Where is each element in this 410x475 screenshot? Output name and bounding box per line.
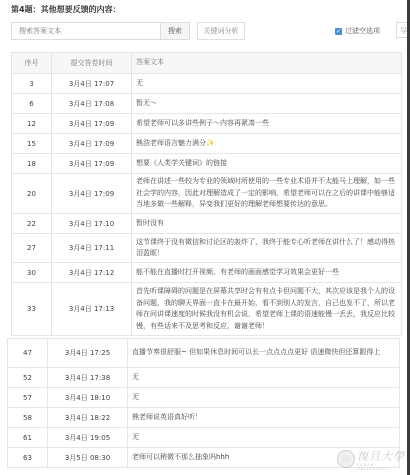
row-no: 15 bbox=[12, 134, 52, 154]
university-watermark: 復旦大學 FUDAN UNIVERSITY bbox=[337, 448, 405, 470]
table-row: 30 3月4日 17:12 能不能在直播时打开视频，有老师的画面感觉学习效果会更… bbox=[12, 263, 402, 283]
table-row: 27 3月4日 17:11 这节课终于没有微信和讨论区的轰炸了，我终于能专心听老… bbox=[12, 234, 402, 263]
answers-table: 序号 提交答卷时间 答案文本 3 3月4日 17:07 无 6 3月4日 17:… bbox=[11, 52, 402, 336]
table-row: 33 3月4日 17:13 首先听课障碍的问题是在屏幕共享时会有有点卡但问题不大… bbox=[12, 283, 402, 336]
row-text: 能不能在直播时打开视频，有老师的画面感觉学习效果会更好一些 bbox=[132, 263, 402, 283]
row-time: 3月4日 17:09 bbox=[52, 174, 132, 214]
row-text: 老师在讲述一些较为专业的领域时所使用的一些专业术语并不太能马上理解，如一些社会学… bbox=[132, 174, 402, 214]
row-time: 3月4日 17:11 bbox=[52, 234, 132, 263]
row-no: 30 bbox=[12, 263, 52, 283]
table-row: 61 3月4日 19:05 无 bbox=[8, 428, 400, 448]
row-time: 3月5日 08:30 bbox=[48, 448, 128, 468]
row-no: 58 bbox=[8, 408, 48, 428]
row-no: 33 bbox=[12, 283, 52, 336]
row-text-content: 熊浩老师语言魅力满分 bbox=[136, 139, 206, 147]
row-time: 3月4日 17:38 bbox=[48, 368, 128, 388]
row-no: 52 bbox=[8, 368, 48, 388]
header-text: 答案文本 bbox=[132, 53, 402, 74]
row-no: 3 bbox=[12, 74, 52, 94]
filter-empty-label: 过滤空选项 bbox=[345, 26, 380, 36]
table-row: 18 3月4日 17:09 想要《人类学关键词》的链接 bbox=[12, 154, 402, 174]
row-time: 3月4日 17:08 bbox=[52, 94, 132, 114]
table-row: 52 3月4日 17:38 无 bbox=[8, 368, 400, 388]
keyword-analysis-button[interactable]: 关键词分析 bbox=[197, 22, 245, 40]
search-button[interactable]: 搜索 bbox=[160, 22, 190, 40]
row-no: 63 bbox=[8, 448, 48, 468]
row-no: 57 bbox=[8, 388, 48, 408]
checkbox-checked-icon[interactable]: ✓ bbox=[335, 28, 342, 35]
row-no: 22 bbox=[12, 214, 52, 234]
row-text: 首先听课障碍的问题是在屏幕共享时会有有点卡但问题不大，其次应该是我个人的设备问题… bbox=[132, 283, 402, 336]
row-text: 无 bbox=[128, 388, 400, 408]
row-text: 这节课终于没有微信和讨论区的轰炸了，我终于能专心听老师在讲什么了！感动得热泪盈眶… bbox=[132, 234, 402, 263]
row-text: 暂时没有 bbox=[132, 214, 402, 234]
table-row: 22 3月4日 17:10 暂时没有 bbox=[12, 214, 402, 234]
filter-empty-toggle[interactable]: ✓ 过滤空选项 bbox=[335, 22, 380, 40]
row-time: 3月4日 18:22 bbox=[48, 408, 128, 428]
row-text: 希望老师可以多讲些例子～内容再紧凑一些 bbox=[132, 114, 402, 134]
row-no: 18 bbox=[12, 154, 52, 174]
row-time: 3月4日 17:09 bbox=[52, 154, 132, 174]
row-time: 3月4日 17:07 bbox=[52, 74, 132, 94]
row-time: 3月4日 17:09 bbox=[52, 134, 132, 154]
row-text: 熊浩老师语言魅力满分✨ bbox=[132, 134, 402, 154]
row-text: 无 bbox=[128, 428, 400, 448]
header-time: 提交答卷时间 bbox=[52, 53, 132, 74]
row-text: 暂无～ bbox=[132, 94, 402, 114]
search-input[interactable] bbox=[11, 22, 160, 40]
row-no: 61 bbox=[8, 428, 48, 448]
toolbar: 搜索 关键词分析 ✓ 过滤空选项 导 bbox=[11, 22, 410, 40]
table-row: 47 3月4日 17:25 直播节奏很舒服~ 但如果休息时间可以长一点点点点更好… bbox=[8, 339, 400, 368]
row-time: 3月4日 19:05 bbox=[48, 428, 128, 448]
row-text: 无 bbox=[128, 368, 400, 388]
row-no: 12 bbox=[12, 114, 52, 134]
row-no: 6 bbox=[12, 94, 52, 114]
watermark-subtitle: FUDAN UNIVERSITY bbox=[357, 463, 405, 471]
row-text: 想要《人类学关键词》的链接 bbox=[132, 154, 402, 174]
row-time: 3月4日 18:10 bbox=[48, 388, 128, 408]
table-row: 15 3月4日 17:09 熊浩老师语言魅力满分✨ bbox=[12, 134, 402, 154]
row-time: 3月4日 17:10 bbox=[52, 214, 132, 234]
row-text: 直播节奏很舒服~ 但如果休息时间可以长一点点点点更好 语速微快但还算跟得上 bbox=[128, 339, 400, 368]
header-no: 序号 bbox=[12, 53, 52, 74]
table-header-row: 序号 提交答卷时间 答案文本 bbox=[12, 53, 402, 74]
table-row: 58 3月4日 18:22 熊老师说英语真好听！ bbox=[8, 408, 400, 428]
table-row: 6 3月4日 17:08 暂无～ bbox=[12, 94, 402, 114]
row-text: 熊老师说英语真好听！ bbox=[128, 408, 400, 428]
row-no: 27 bbox=[12, 234, 52, 263]
row-no: 20 bbox=[12, 174, 52, 214]
row-time: 3月4日 17:09 bbox=[52, 114, 132, 134]
row-text: 无 bbox=[132, 74, 402, 94]
table-row: 12 3月4日 17:09 希望老师可以多讲些例子～内容再紧凑一些 bbox=[12, 114, 402, 134]
university-seal-icon bbox=[337, 450, 355, 468]
row-time: 3月4日 17:13 bbox=[52, 283, 132, 336]
question-title: 第4题：其他想要反馈的内容： bbox=[11, 4, 121, 15]
table-row: 3 3月4日 17:07 无 bbox=[12, 74, 402, 94]
row-no: 47 bbox=[8, 339, 48, 368]
row-time: 3月4日 17:25 bbox=[48, 339, 128, 368]
watermark-name: 復旦大學 bbox=[357, 448, 405, 464]
table-row: 20 3月4日 17:09 老师在讲述一些较为专业的领域时所使用的一些专业术语并… bbox=[12, 174, 402, 214]
sparkle-icon: ✨ bbox=[206, 139, 215, 147]
table-row: 57 3月4日 18:10 无 bbox=[8, 388, 400, 408]
row-time: 3月4日 17:12 bbox=[52, 263, 132, 283]
